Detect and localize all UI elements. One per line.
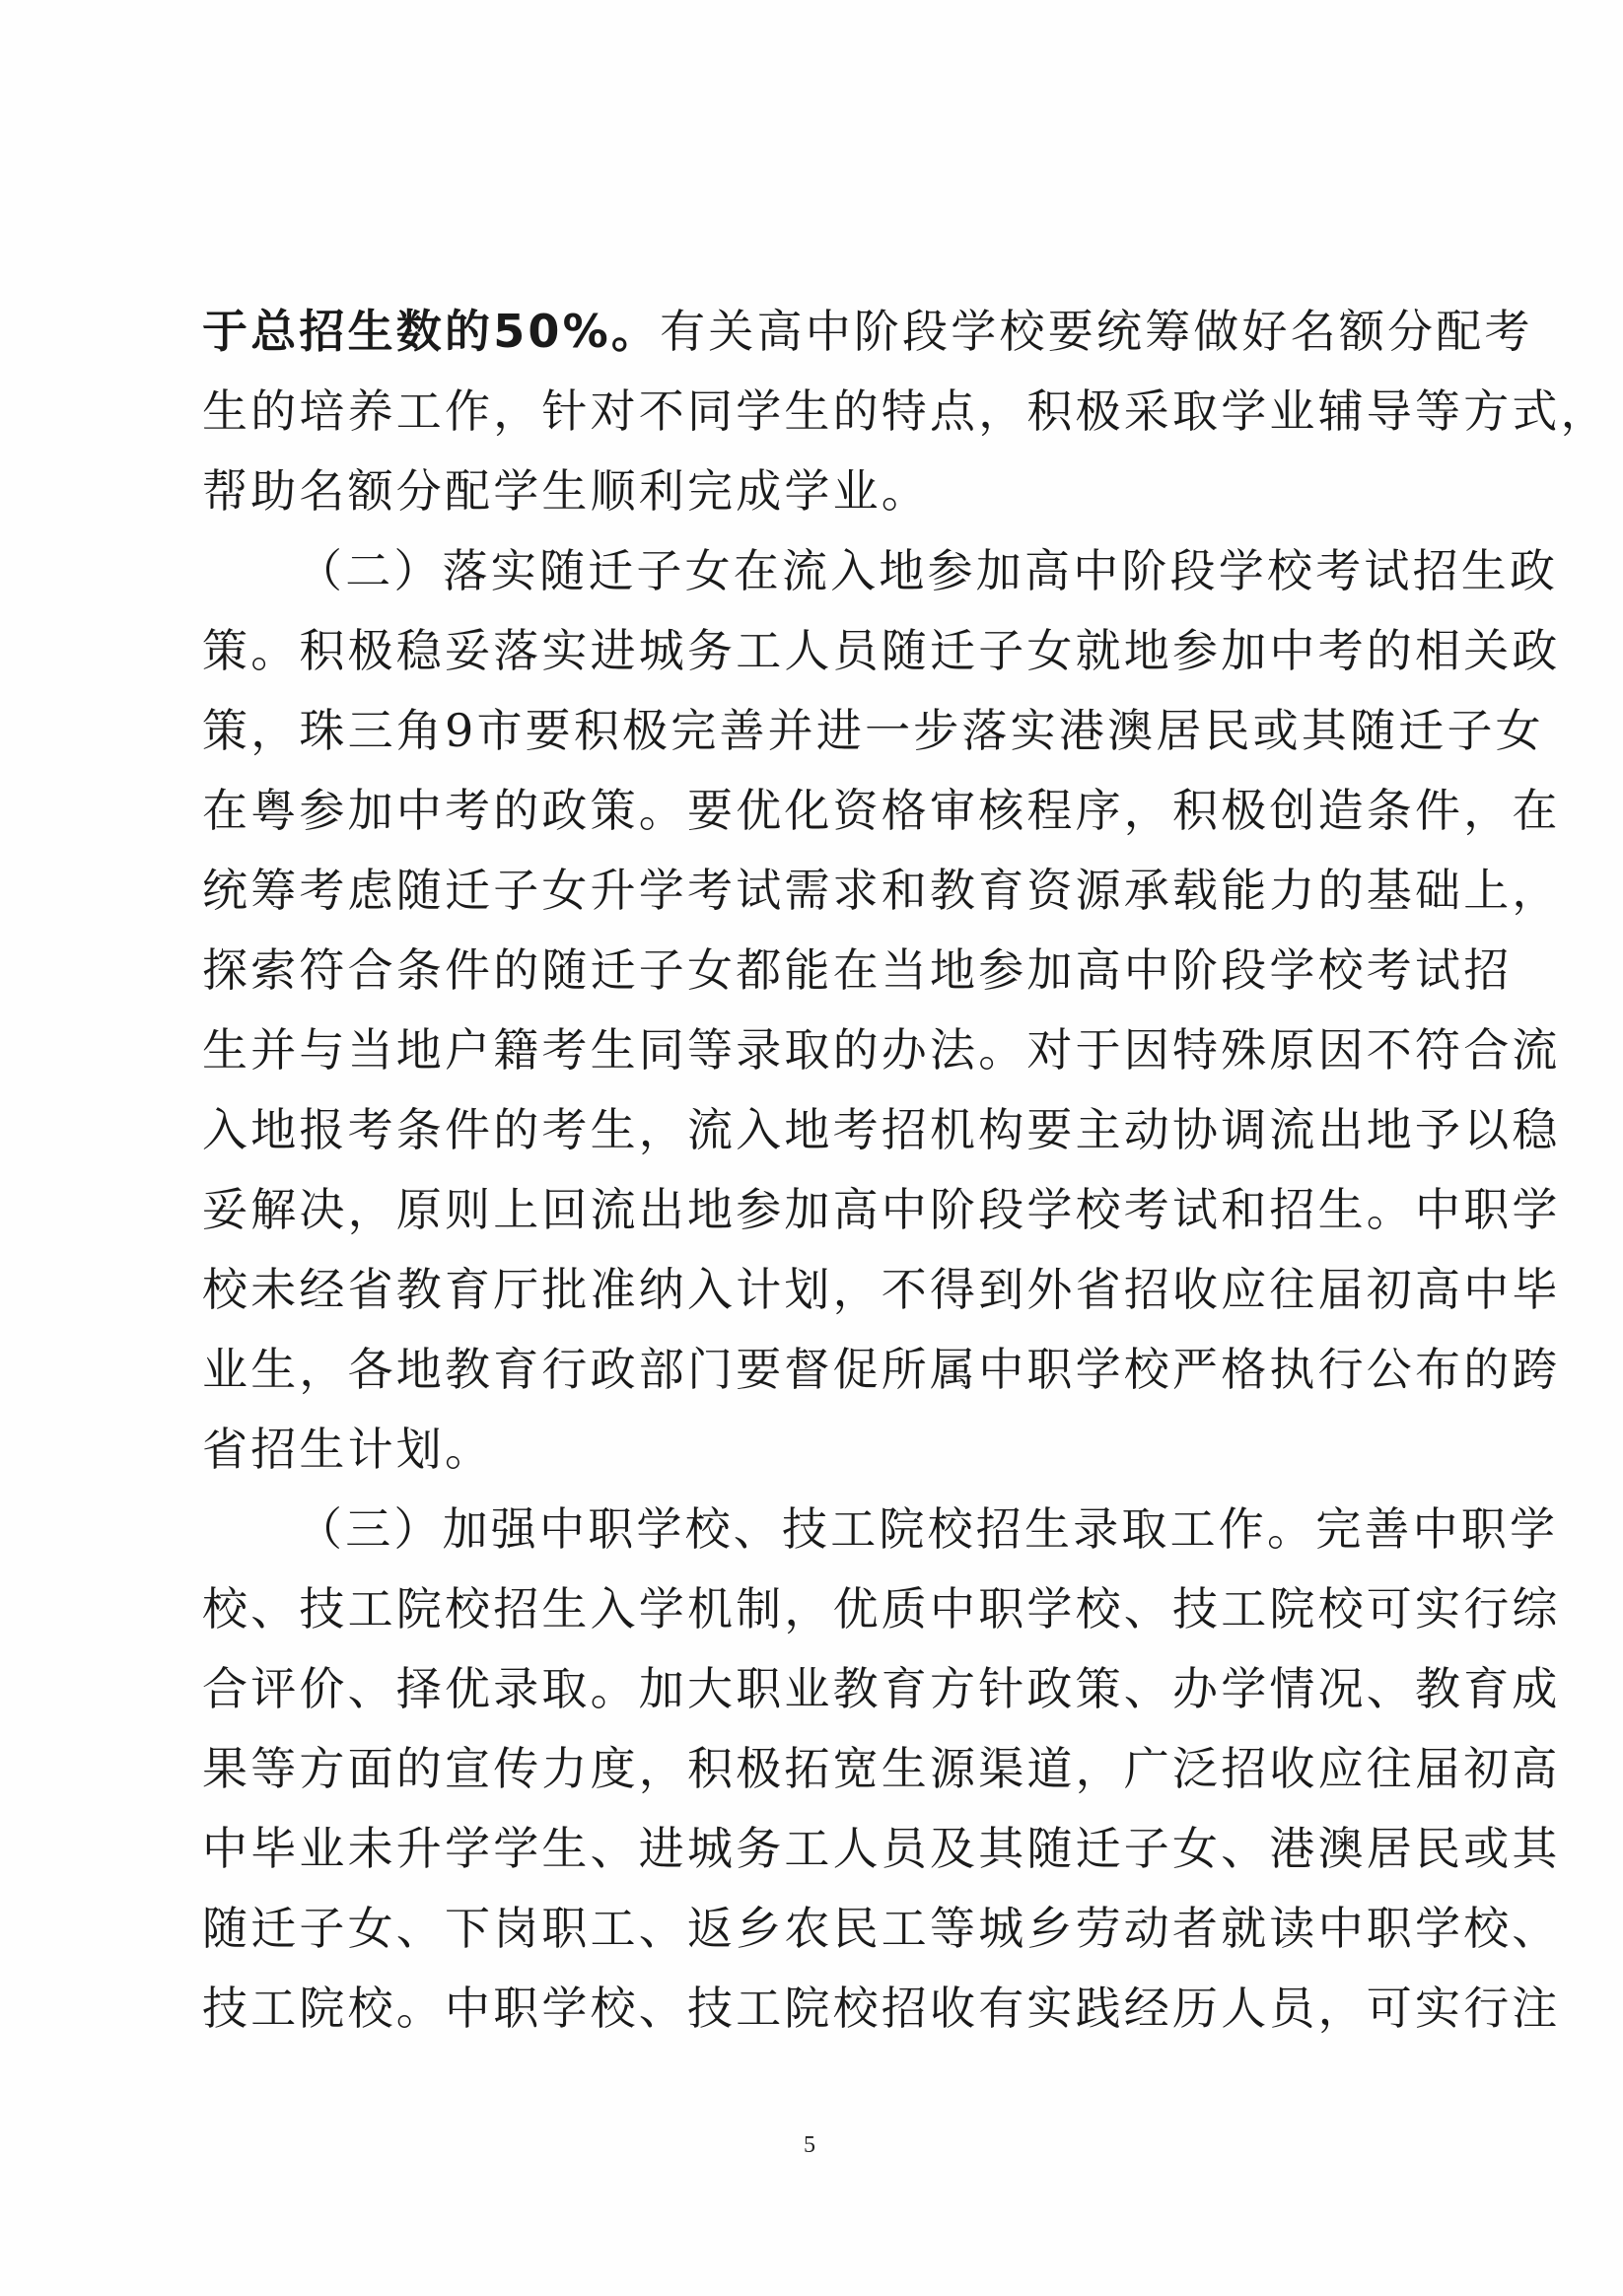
text-line: 在粤参加中考的政策。要优化资格审核程序，积极创造条件，在 bbox=[202, 771, 1415, 851]
bold-emphasis: 于总招生数的50%。 bbox=[202, 305, 660, 358]
text-line: 中毕业未升学学生、进城务工人员及其随迁子女、港澳居民或其 bbox=[202, 1809, 1415, 1889]
text-line: 探索符合条件的随迁子女都能在当地参加高中阶段学校考试招 bbox=[202, 931, 1415, 1010]
page-number: 5 bbox=[795, 2132, 824, 2159]
text-line: 随迁子女、下岗职工、返乡农民工等城乡劳动者就读中职学校、 bbox=[202, 1889, 1415, 1969]
text-line: 业生，各地教育行政部门要督促所属中职学校严格执行公布的跨 bbox=[202, 1330, 1415, 1410]
text-line: 于总招生数的50%。有关高中阶段学校要统筹做好名额分配考 bbox=[202, 292, 1415, 372]
text-line: 省招生计划。 bbox=[202, 1410, 1415, 1490]
text-line: 果等方面的宣传力度，积极拓宽生源渠道，广泛招收应往届初高 bbox=[202, 1729, 1415, 1809]
text-line: 校、技工院校招生入学机制，优质中职学校、技工院校可实行综 bbox=[202, 1569, 1415, 1649]
section-heading-line: （三）加强中职学校、技工院校招生录取工作。完善中职学 bbox=[202, 1490, 1415, 1569]
body-text: 于总招生数的50%。有关高中阶段学校要统筹做好名额分配考 生的培养工作，针对不同… bbox=[202, 292, 1415, 2049]
text-line: 策。积极稳妥落实进城务工人员随迁子女就地参加中考的相关政 bbox=[202, 611, 1415, 691]
text-line: 帮助名额分配学生顺利完成学业。 bbox=[202, 452, 1415, 531]
text-line: 技工院校。中职学校、技工院校招收有实践经历人员，可实行注 bbox=[202, 1969, 1415, 2049]
text-line: 生的培养工作，针对不同学生的特点，积极采取学业辅导等方式， bbox=[202, 372, 1415, 452]
text-line: 合评价、择优录取。加大职业教育方针政策、办学情况、教育成 bbox=[202, 1649, 1415, 1729]
text-line: 策，珠三角9市要积极完善并进一步落实港澳居民或其随迁子女 bbox=[202, 691, 1415, 771]
text-line: 入地报考条件的考生，流入地考招机构要主动协调流出地予以稳 bbox=[202, 1090, 1415, 1170]
document-page: 于总招生数的50%。有关高中阶段学校要统筹做好名额分配考 生的培养工作，针对不同… bbox=[0, 0, 1623, 2296]
text-line: 校未经省教育厅批准纳入计划，不得到外省招收应往届初高中毕 bbox=[202, 1250, 1415, 1330]
text-line: 生并与当地户籍考生同等录取的办法。对于因特殊原因不符合流 bbox=[202, 1010, 1415, 1090]
text-line: 统筹考虑随迁子女升学考试需求和教育资源承载能力的基础上， bbox=[202, 851, 1415, 931]
section-heading-line: （二）落实随迁子女在流入地参加高中阶段学校考试招生政 bbox=[202, 531, 1415, 611]
text-line: 妥解决，原则上回流出地参加高中阶段学校考试和招生。中职学 bbox=[202, 1170, 1415, 1250]
